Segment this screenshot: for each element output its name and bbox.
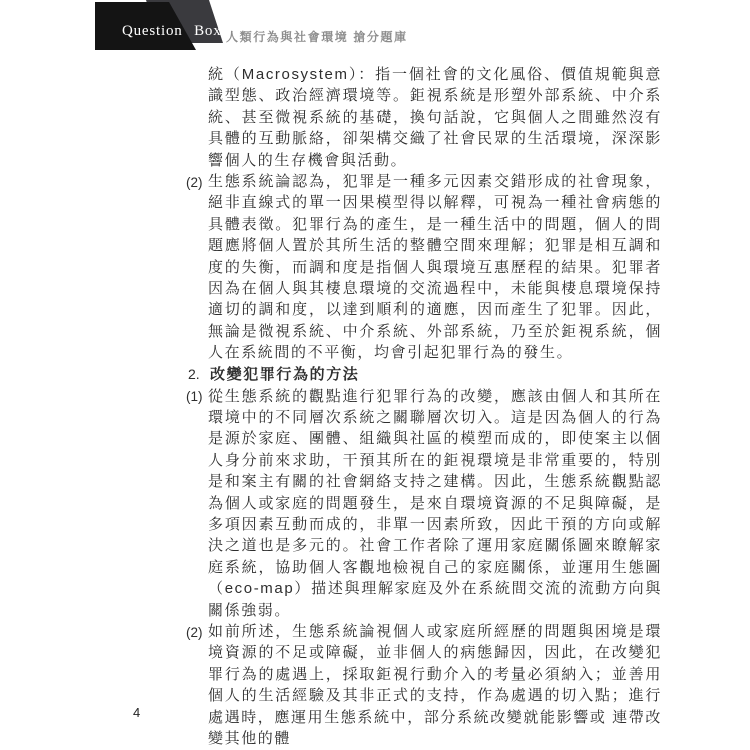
paragraph-text: 從生態系統的觀點進行犯罪行為的改變，應該由個人和其所在環境中的不同層次系統之關聯… (208, 386, 662, 621)
paragraph-continuation: 統（Macrosystem）：指一個社會的文化風俗、價值規範與意識型態、政治經濟… (186, 64, 664, 171)
header-book-title: 人類行為與社會環境 搶分題庫 (226, 28, 408, 45)
list-item: (2) 如前所述，生態系統論視個人或家庭所經歷的問題與困境是環境資源的不足或障礙… (186, 621, 664, 749)
paragraph-text: 統（Macrosystem）：指一個社會的文化風俗、價值規範與意識型態、政治經濟… (208, 64, 662, 171)
heading-number: 2. (186, 364, 210, 386)
header-badge-title: Question Box (122, 23, 222, 40)
book-page: Question Box 人類行為與社會環境 搶分題庫 統（Macrosyste… (0, 0, 750, 750)
list-marker: (2) (186, 171, 208, 193)
list-marker: (2) (186, 621, 208, 643)
section-heading: 2. 改變犯罪行為的方法 (186, 364, 664, 386)
heading-text: 改變犯罪行為的方法 (210, 364, 664, 385)
page-number: 4 (133, 705, 140, 720)
list-marker (186, 64, 208, 65)
page-content: 統（Macrosystem）：指一個社會的文化風俗、價值規範與意識型態、政治經濟… (186, 64, 664, 750)
paragraph-text: 如前所述，生態系統論視個人或家庭所經歷的問題與困境是環境資源的不足或障礙，並非個… (208, 621, 662, 749)
list-item: (1) 從生態系統的觀點進行犯罪行為的改變，應該由個人和其所在環境中的不同層次系… (186, 386, 664, 621)
list-item: (2) 生態系統論認為，犯罪是一種多元因素交錯形成的社會現象，絕非直線式的單一因… (186, 171, 664, 364)
paragraph-text: 生態系統論認為，犯罪是一種多元因素交錯形成的社會現象，絕非直線式的單一因果模型得… (208, 171, 662, 364)
list-marker: (1) (186, 386, 208, 408)
